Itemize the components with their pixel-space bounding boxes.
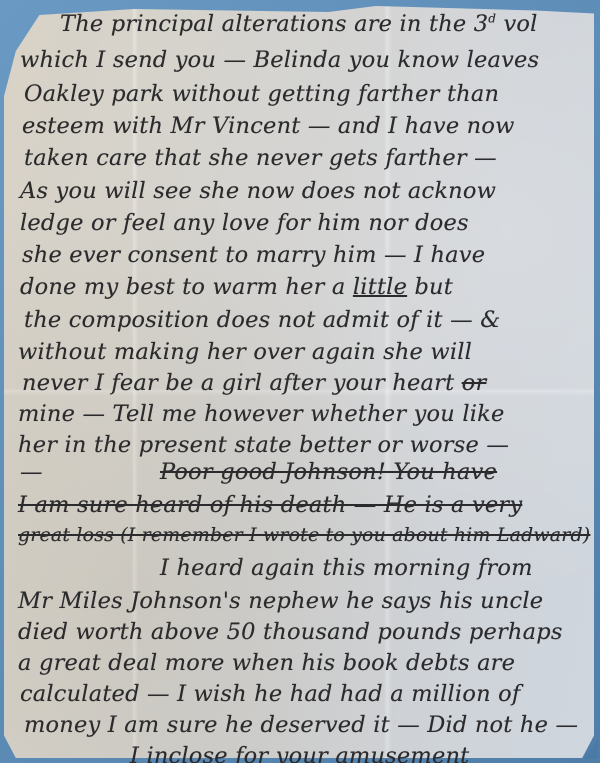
letter-line: mine — Tell me however whether you like [18, 401, 504, 427]
letter-line: calculated — I wish he had had a million… [20, 681, 520, 707]
line-text: As you will see she now does not acknow [20, 178, 496, 204]
line-tail: but [407, 274, 453, 300]
letter-line: Poor good Johnson! You have [160, 459, 497, 485]
letter-line: which I send you — Belinda you know leav… [20, 47, 539, 73]
letter-line: she ever consent to marry him — I have [22, 242, 485, 268]
letter-line: I inclose for your amusement [130, 743, 469, 763]
line-text: I inclose for your amusement [130, 743, 469, 763]
letter-line: the composition does not admit of it — & [24, 307, 500, 333]
line-text: never I fear be a girl after your heart [22, 370, 454, 396]
line-text: Mr Miles Johnson's nephew he says his un… [18, 588, 543, 614]
letter-line: money I am sure he deserved it — Did not… [24, 712, 578, 738]
letter-line: died worth above 50 thousand pounds perh… [18, 619, 563, 645]
letter-line: Mr Miles Johnson's nephew he says his un… [18, 588, 543, 614]
line-text: ledge or feel any love for him nor does [20, 210, 469, 236]
letter-line: The principal alterations are in the 3d … [60, 11, 538, 37]
letter-line: ledge or feel any love for him nor does [20, 210, 469, 236]
underlined-word: little [353, 274, 407, 300]
line-text: taken care that she never gets farther — [24, 145, 497, 171]
letter-line: — [20, 459, 43, 485]
line-text: she ever consent to marry him — I have [22, 242, 485, 268]
line-text: mine — Tell me however whether you like [18, 401, 504, 427]
letter-line: I heard again this morning from [160, 555, 533, 581]
line-text: her in the present state better or worse… [18, 432, 509, 458]
letter-line: done my best to warm her a little but [20, 274, 453, 300]
line-text: Poor good Johnson! You have [160, 459, 497, 485]
line-text: esteem with Mr Vincent — and I have now [22, 113, 515, 139]
line-text: the composition does not admit of it — & [24, 307, 500, 333]
letter-line: esteem with Mr Vincent — and I have now [22, 113, 515, 139]
letter-line: As you will see she now does not acknow [20, 178, 496, 204]
line-text: Oakley park without getting farther than [24, 81, 499, 107]
letter-line: great loss (I remember I wrote to you ab… [18, 524, 590, 546]
superscript: d [488, 12, 496, 26]
line-text: The principal alterations are in the 3 [60, 11, 488, 37]
line-text: great loss (I remember I wrote to you ab… [18, 524, 590, 546]
line-text: — [20, 459, 43, 485]
line-text: I am sure heard of his death — He is a v… [18, 492, 522, 518]
line-text: money I am sure he deserved it — Did not… [24, 712, 578, 738]
line-text: which I send you — Belinda you know leav… [20, 47, 539, 73]
line-text: I heard again this morning from [160, 555, 533, 581]
struck-word: or [462, 370, 487, 396]
line-text: died worth above 50 thousand pounds perh… [18, 619, 563, 645]
letter-line: a great deal more when his book debts ar… [18, 650, 515, 676]
line-text: without making her over again she will [18, 339, 472, 365]
letter-line: Oakley park without getting farther than [24, 81, 499, 107]
line-tail: vol [496, 11, 537, 37]
letter-line: without making her over again she will [18, 339, 472, 365]
letter-line: her in the present state better or worse… [18, 432, 509, 458]
letter-line: I am sure heard of his death — He is a v… [18, 492, 522, 518]
line-text: a great deal more when his book debts ar… [18, 650, 515, 676]
line-text: done my best to warm her a [20, 274, 353, 300]
letter-line: taken care that she never gets farther — [24, 145, 497, 171]
line-text: calculated — I wish he had had a million… [20, 681, 520, 707]
letter-line: never I fear be a girl after your heart … [22, 370, 486, 396]
handwritten-letter: The principal alterations are in the 3d … [0, 0, 600, 763]
